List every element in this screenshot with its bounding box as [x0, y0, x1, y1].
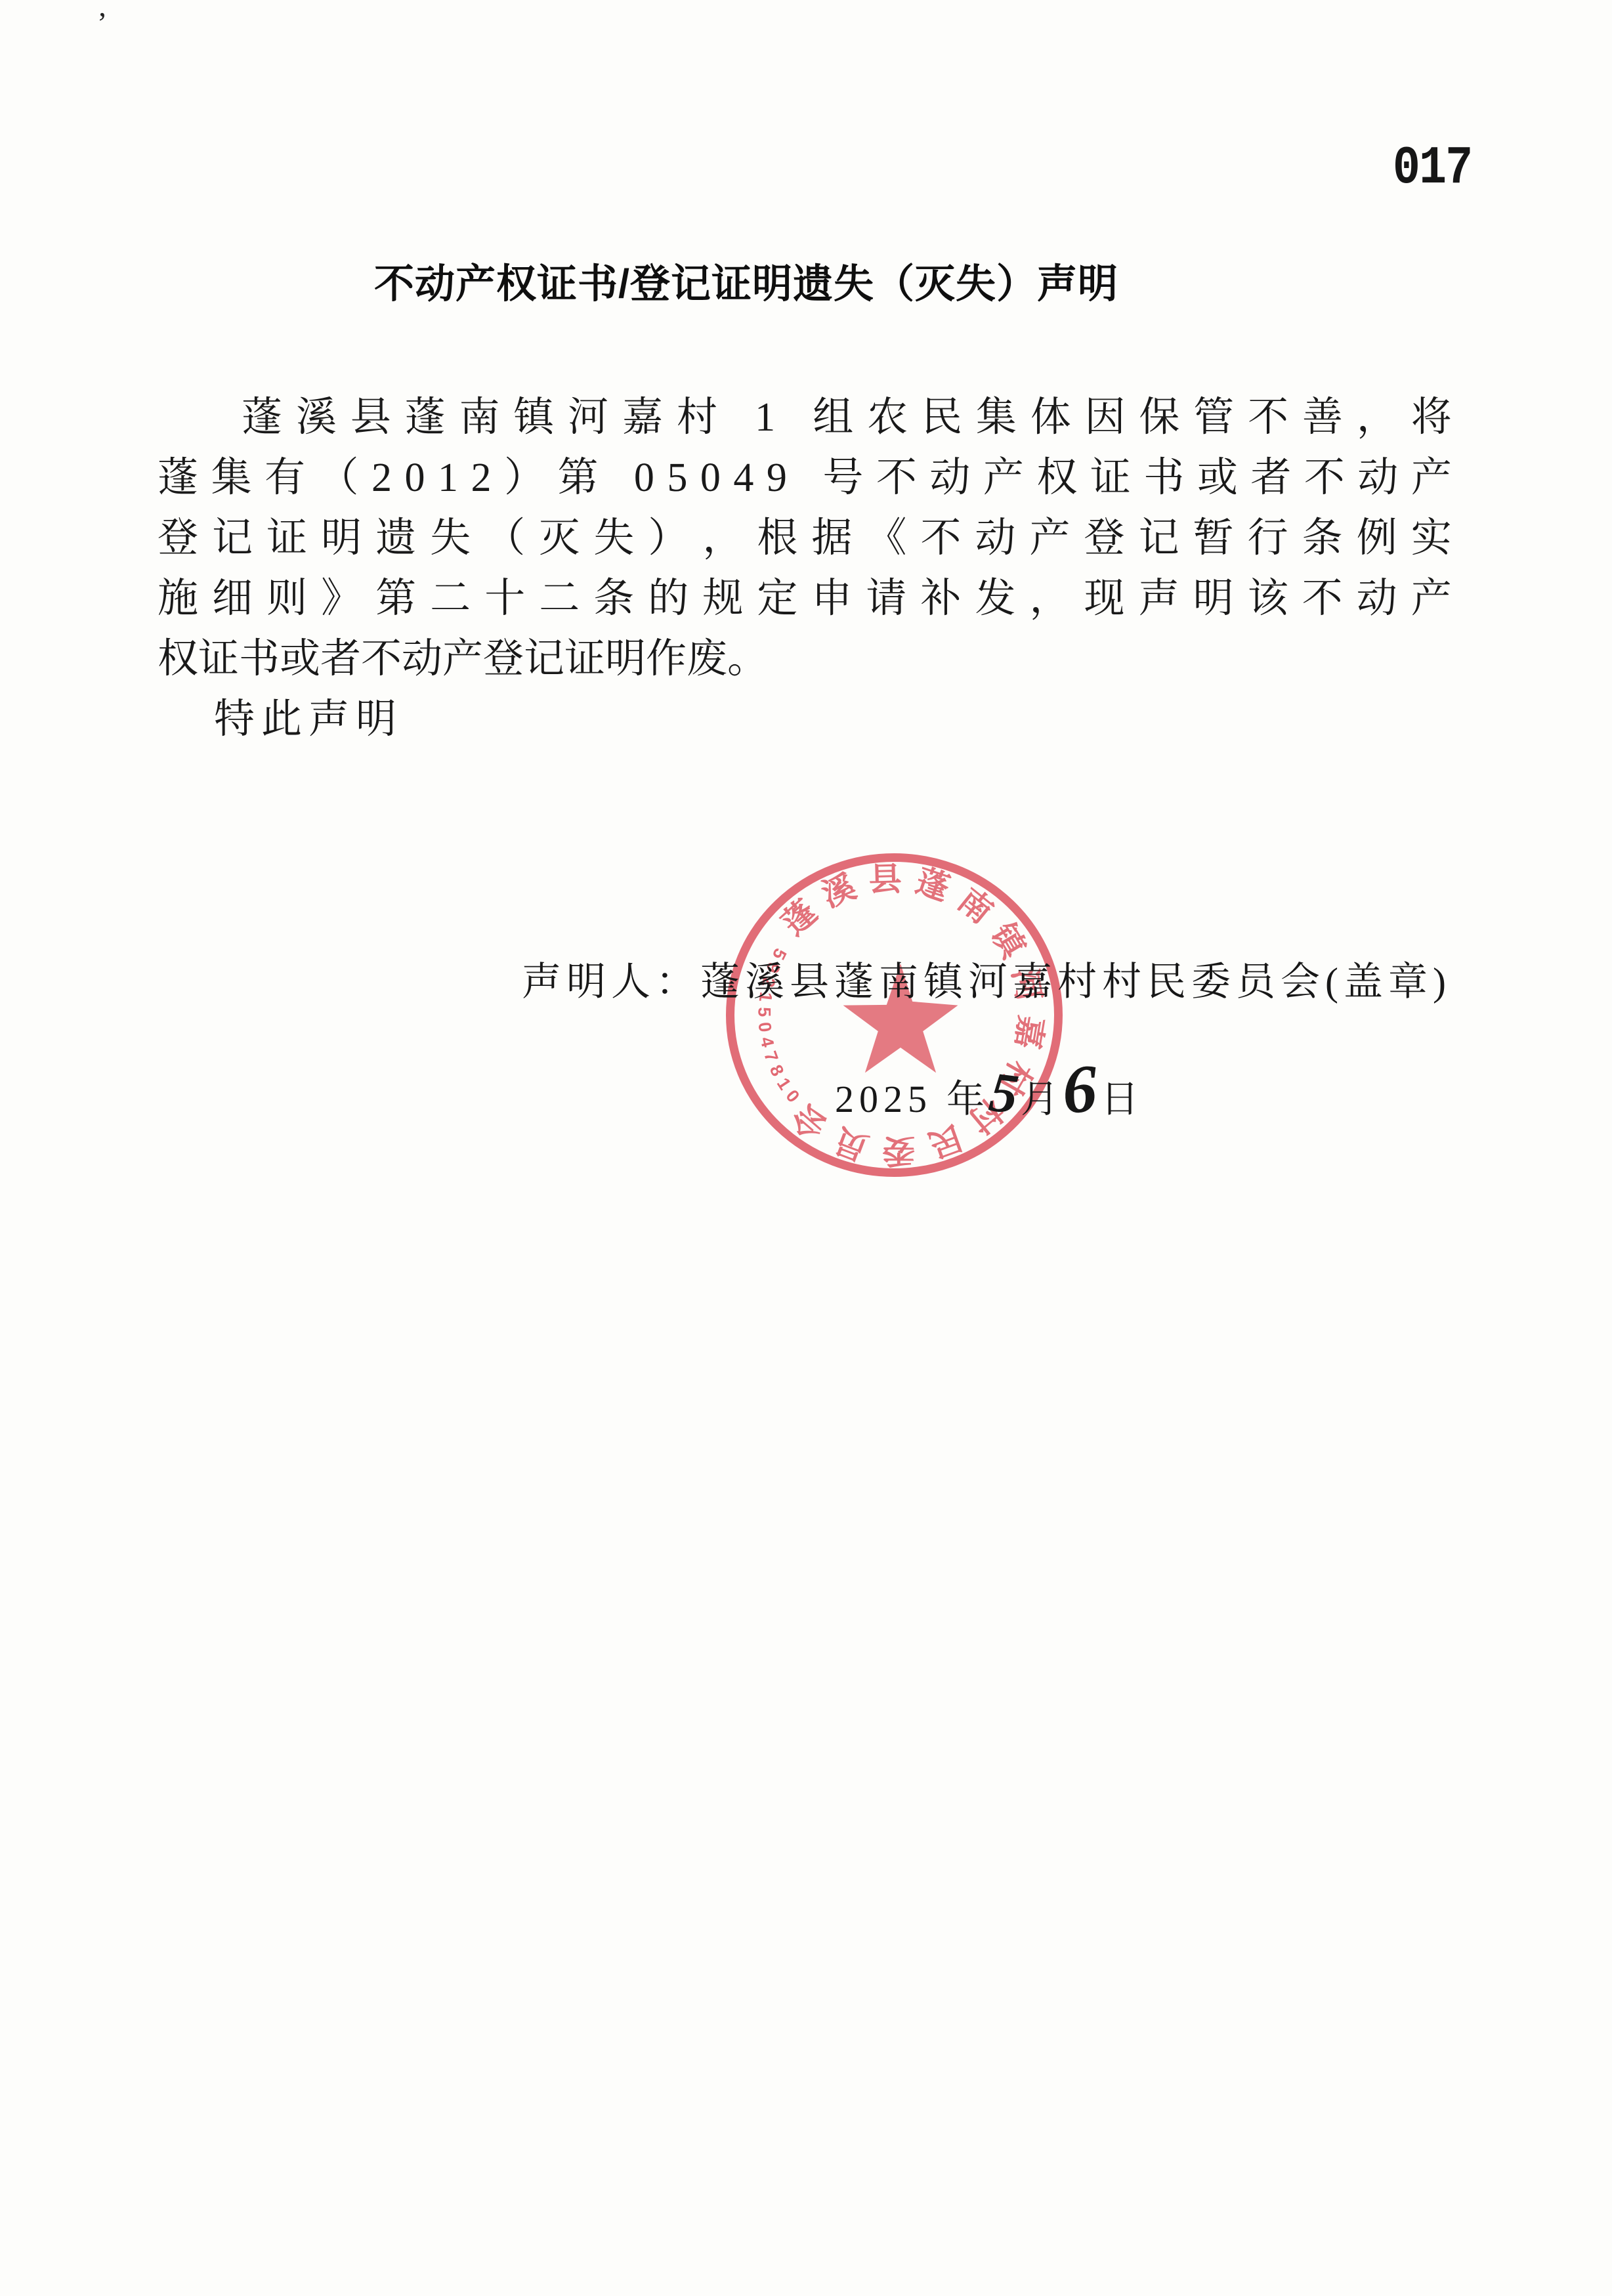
body-char: 例	[1357, 513, 1397, 574]
body-char: 或	[1197, 453, 1238, 513]
official-seal: 蓬溪县蓬南镇河嘉村村民委员会 59215047810	[719, 847, 1073, 1188]
body-char: 农	[867, 393, 908, 453]
date-day-handwritten: 6	[1061, 1050, 1099, 1130]
body-char: 保	[1139, 393, 1179, 453]
body-char: 施	[158, 574, 198, 634]
scanned-document-page: ’ 017 不动产权证书/登记证明遗失（灭失）声明 蓬溪县蓬南镇河嘉村 1 组农…	[0, 0, 1612, 2296]
body-char: 善	[1302, 393, 1343, 453]
body-char: 不	[1248, 393, 1288, 453]
body-char: （	[484, 513, 525, 574]
body-char: ，	[1357, 393, 1397, 453]
body-char: 据	[811, 513, 852, 574]
date-year-unit: 年	[946, 1068, 985, 1123]
body-char: 条	[1302, 513, 1343, 574]
body-char: 权	[1036, 453, 1077, 513]
document-title: 不动产权证书/登记证明遗失（灭失）声明	[374, 252, 1118, 309]
body-char: 集	[211, 453, 252, 513]
body-char: 产	[983, 453, 1024, 513]
body-char: 产	[1030, 513, 1071, 574]
body-char: 河	[568, 393, 608, 453]
body-char: ）	[648, 513, 689, 574]
body-char: 蓬	[242, 393, 282, 453]
body-char: 该	[1248, 574, 1288, 634]
body-char: 明	[1193, 574, 1234, 634]
body-char: 2	[471, 453, 491, 513]
body-char: 第	[375, 574, 416, 634]
body-char: 失	[593, 513, 634, 574]
body-char: 县	[350, 393, 391, 453]
body-char: 二	[430, 574, 471, 634]
body-line-3: 登记证明遗失（灭失），根据《不动产登记暂行条例实	[158, 513, 1452, 574]
body-char: 不	[1302, 574, 1343, 634]
body-char: 发	[975, 574, 1015, 634]
body-char	[731, 393, 742, 453]
body-char: 明	[321, 513, 362, 574]
body-char: 组	[813, 393, 853, 453]
body-char: 遗	[375, 513, 416, 574]
body-char: 的	[648, 574, 689, 634]
body-char: 规	[702, 574, 743, 634]
scan-artifact-mark: ’	[97, 5, 107, 40]
body-char: 实	[1411, 513, 1452, 574]
body-char: 声	[1139, 574, 1179, 634]
body-char: 嘉	[622, 393, 663, 453]
page-number-stamp: 017	[1393, 138, 1472, 199]
body-char: 动	[929, 453, 970, 513]
body-char: 条	[593, 574, 634, 634]
body-char: 0	[634, 453, 654, 513]
body-char: 行	[1248, 513, 1288, 574]
body-char: 灭	[539, 513, 580, 574]
body-char: 细	[212, 574, 253, 634]
body-char: 民	[922, 393, 962, 453]
body-char: 根	[757, 513, 797, 574]
body-char: 记	[212, 513, 253, 574]
body-line-2: 蓬集有（2012）第 05049 号不动产权证书或者不动产	[158, 453, 1452, 513]
body-char: 0	[404, 453, 425, 513]
seal-note: (盖章)	[1325, 960, 1451, 1004]
body-char: ，	[702, 513, 743, 574]
body-char: 号	[822, 453, 863, 513]
date-year: 2025	[835, 1077, 932, 1121]
body-char: ）	[504, 453, 545, 513]
body-char: 证	[266, 513, 307, 574]
body-char: 将	[1411, 393, 1452, 453]
body-char: 失	[430, 513, 471, 574]
body-char: 产	[1411, 453, 1452, 513]
body-char: 暂	[1193, 513, 1234, 574]
declaration-body: 蓬溪县蓬南镇河嘉村 1 组农民集体因保管不善，将 蓬集有（2012）第 0504…	[158, 393, 1452, 755]
body-char: 登	[1084, 513, 1125, 574]
body-char: 证	[1090, 453, 1131, 513]
body-char: 《	[866, 513, 906, 574]
body-char: 请	[866, 574, 906, 634]
body-char: 书	[1143, 453, 1184, 513]
body-char: 1	[438, 453, 458, 513]
body-char: 村	[677, 393, 717, 453]
body-char: 十	[484, 574, 525, 634]
body-char: 体	[1030, 393, 1071, 453]
body-char: 定	[757, 574, 797, 634]
body-char: （	[318, 453, 359, 513]
body-char	[789, 393, 799, 453]
declarant-label: 声明人：	[522, 960, 700, 1004]
body-char: 蓬	[405, 393, 446, 453]
date-line: 2025 年 5 月 6 日	[835, 1050, 1139, 1128]
body-line-4: 施细则》第二十二条的规定申请补发，现声明该不动产	[158, 574, 1452, 634]
body-char: 现	[1084, 574, 1125, 634]
body-char: 1	[755, 393, 775, 453]
body-char: 因	[1085, 393, 1126, 453]
body-char: 第	[557, 453, 598, 513]
body-line-5: 权证书或者不动产登记证明作废。	[158, 634, 1452, 694]
body-char: 申	[811, 574, 852, 634]
body-char: 蓬	[158, 453, 198, 513]
body-line-1: 蓬溪县蓬南镇河嘉村 1 组农民集体因保管不善，将	[158, 393, 1452, 453]
closing-statement: 特此声明	[158, 694, 1452, 755]
body-char: 南	[459, 393, 499, 453]
body-char: 二	[539, 574, 580, 634]
body-char: 动	[1357, 574, 1397, 634]
body-char: 》	[321, 574, 362, 634]
body-char: 9	[767, 453, 787, 513]
body-char: 者	[1250, 453, 1291, 513]
body-char: 登	[158, 513, 198, 574]
body-char: 补	[920, 574, 961, 634]
date-month-unit: 月	[1021, 1068, 1059, 1123]
body-char: 动	[1357, 453, 1398, 513]
body-char: 集	[976, 393, 1017, 453]
body-char: 动	[975, 513, 1015, 574]
body-char	[799, 453, 810, 513]
body-char: 产	[1411, 574, 1452, 634]
body-char: 不	[1304, 453, 1345, 513]
declarant-line: 声明人：蓬溪县蓬南镇河嘉村村民委员会(盖章)	[522, 950, 1451, 1007]
body-char: 不	[876, 453, 917, 513]
body-char: 2	[371, 453, 392, 513]
body-char: 溪	[296, 393, 337, 453]
body-char	[611, 453, 622, 513]
body-char: 不	[920, 513, 961, 574]
body-char: ，	[1030, 574, 1071, 634]
date-day-unit: 日	[1101, 1068, 1139, 1123]
body-char: 0	[700, 453, 721, 513]
date-month-handwritten: 5	[986, 1059, 1022, 1127]
body-char: 则	[266, 574, 307, 634]
body-char: 有	[265, 453, 305, 513]
body-char: 记	[1139, 513, 1179, 574]
body-char: 4	[733, 453, 753, 513]
body-char: 5	[667, 453, 687, 513]
declarant-name: 蓬溪县蓬南镇河嘉村村民委员会	[700, 960, 1325, 1004]
body-char: 镇	[513, 393, 554, 453]
body-char: 管	[1193, 393, 1234, 453]
